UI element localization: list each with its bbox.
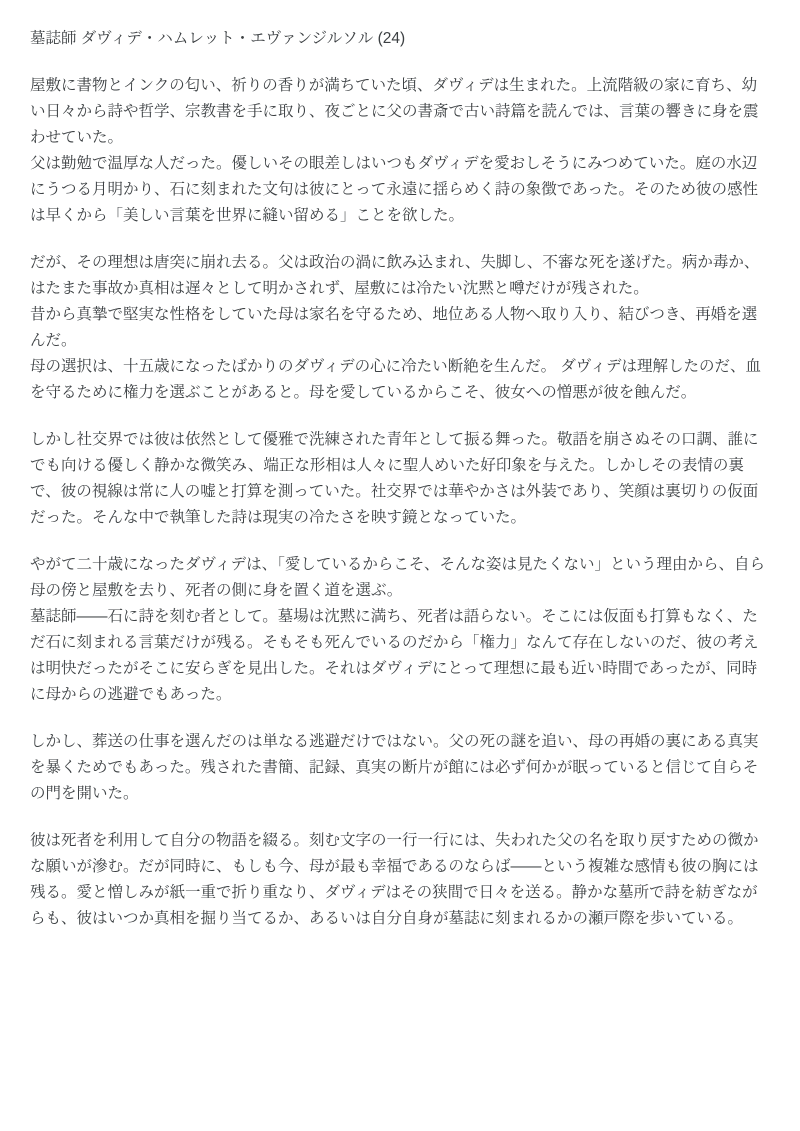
text-line: 屋敷に書物とインクの匂い、祈りの香りが満ちていた頃、ダヴィデは生まれた。上流階級…: [30, 73, 772, 151]
text-line: しかし、葬送の仕事を選んだのは単なる逃避だけではない。父の死の謎を追い、母の再婚…: [30, 729, 772, 807]
text-line: 父は勤勉で温厚な人だった。優しいその眼差しはいつもダヴィデを愛おしそうにみつめて…: [30, 151, 772, 229]
document-page: 墓誌師 ダヴィデ・ハムレット・エヴァンジルソル (24) 屋敷に書物とインクの匂…: [0, 0, 800, 1131]
page-title: 墓誌師 ダヴィデ・ハムレット・エヴァンジルソル (24): [30, 26, 772, 52]
paragraph-fathers-death: だが、その理想は唐突に崩れ去る。父は政治の渦に飲み込まれ、失脚し、不審な死を遂げ…: [30, 250, 772, 406]
paragraph-birth-and-father: 屋敷に書物とインクの匂い、祈りの香りが満ちていた頃、ダヴィデは生まれた。上流階級…: [30, 73, 772, 229]
text-line: 母の選択は、十五歳になったばかりのダヴィデの心に冷たい断絶を生んだ。 ダヴィデは…: [30, 354, 772, 406]
text-line: 昔から真摯で堅実な性格をしていた母は家名を守るため、地位ある人物へ取り入り、結び…: [30, 302, 772, 354]
text-line: 彼は死者を利用して自分の物語を綴る。刻む文字の一行一行には、失われた父の名を取り…: [30, 828, 772, 932]
paragraph-becoming-epitaphist: やがて二十歳になったダヴィデは、「愛しているからこそ、そんな姿は見たくない」とい…: [30, 552, 772, 708]
paragraph-hidden-motive: しかし、葬送の仕事を選んだのは単なる逃避だけではない。父の死の謎を追い、母の再婚…: [30, 729, 772, 807]
text-line: 墓誌師——石に詩を刻む者として。墓場は沈黙に満ち、死者は語らない。そこには仮面も…: [30, 604, 772, 708]
text-line: だが、その理想は唐突に崩れ去る。父は政治の渦に飲み込まれ、失脚し、不審な死を遂げ…: [30, 250, 772, 302]
text-line: しかし社交界では彼は依然として優雅で洗練された青年として振る舞った。敬語を崩さぬ…: [30, 427, 772, 531]
paragraph-present-day: 彼は死者を利用して自分の物語を綴る。刻む文字の一行一行には、失われた父の名を取り…: [30, 828, 772, 932]
text-line: やがて二十歳になったダヴィデは、「愛しているからこそ、そんな姿は見たくない」とい…: [30, 552, 772, 604]
paragraph-high-society: しかし社交界では彼は依然として優雅で洗練された青年として振る舞った。敬語を崩さぬ…: [30, 427, 772, 531]
